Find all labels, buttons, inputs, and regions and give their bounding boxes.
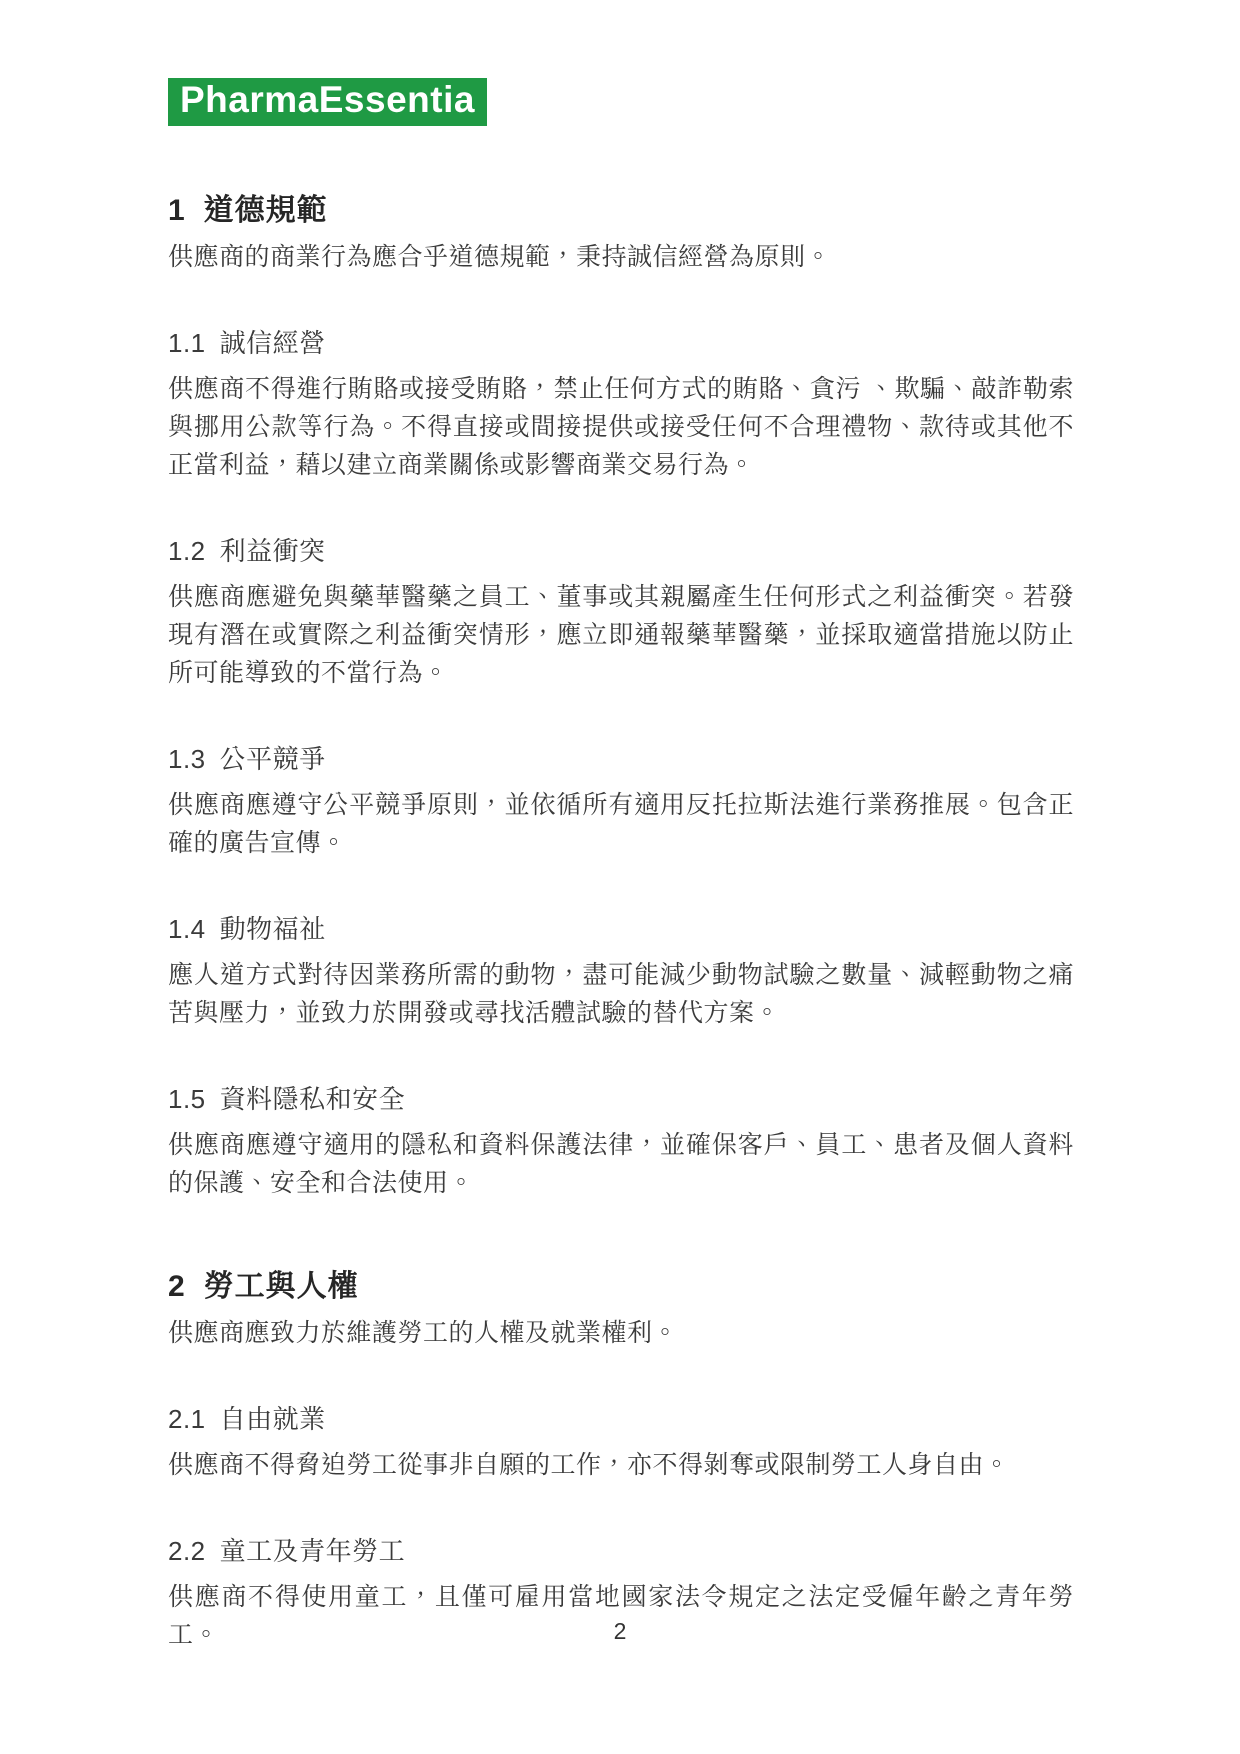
section-2-number: 2 [168, 1270, 186, 1303]
subsection-1-2-heading: 1.2利益衝突 [168, 536, 1074, 566]
section-2-body: 供應商應致力於維護勞工的人權及就業權利。 [168, 1314, 1074, 1352]
subsection-1-4-body: 應人道方式對待因業務所需的動物，盡可能減少動物試驗之數量、減輕動物之痛苦與壓力，… [168, 956, 1074, 1032]
subsection-2-1-heading: 2.1自由就業 [168, 1404, 1074, 1434]
page-number: 2 [0, 1618, 1240, 1645]
subsection-1-2-body: 供應商應避免與藥華醫藥之員工、董事或其親屬產生任何形式之利益衝突。若發現有潛在或… [168, 578, 1074, 692]
subsection-1-4-heading: 1.4動物福祉 [168, 914, 1074, 944]
subsection-2-1-number: 2.1 [168, 1404, 206, 1434]
section-1-number: 1 [168, 194, 186, 227]
logo-text: PharmaEssentia [180, 79, 475, 120]
subsection-2-2-title: 童工及青年勞工 [220, 1536, 406, 1566]
subsection-1-5-title: 資料隱私和安全 [220, 1084, 406, 1114]
subsection-1-1-body: 供應商不得進行賄賂或接受賄賂，禁止任何方式的賄賂、貪污 、欺騙、敲詐勒索與挪用公… [168, 370, 1074, 484]
subsection-1-4-title: 動物福祉 [220, 914, 326, 944]
subsection-1-5-body: 供應商應遵守適用的隱私和資料保護法律，並確保客戶、員工、患者及個人資料的保護、安… [168, 1126, 1074, 1202]
section-1-body: 供應商的商業行為應合乎道德規範，秉持誠信經營為原則。 [168, 238, 1074, 276]
subsection-1-4-number: 1.4 [168, 914, 206, 944]
subsection-1-1-number: 1.1 [168, 328, 206, 358]
section-2-title: 勞工與人權 [204, 1270, 359, 1303]
subsection-1-3-number: 1.3 [168, 744, 206, 774]
subsection-1-1-title: 誠信經營 [220, 328, 326, 358]
subsection-2-2-heading: 2.2童工及青年勞工 [168, 1536, 1074, 1566]
subsection-1-3-heading: 1.3公平競爭 [168, 744, 1074, 774]
document-page: PharmaEssentia 1道德規範 供應商的商業行為應合乎道德規範，秉持誠… [0, 0, 1240, 1754]
subsection-2-2-number: 2.2 [168, 1536, 206, 1566]
subsection-1-3-title: 公平競爭 [220, 744, 326, 774]
subsection-2-1-body: 供應商不得脅迫勞工從事非自願的工作，亦不得剝奪或限制勞工人身自由。 [168, 1446, 1074, 1484]
subsection-1-5-heading: 1.5資料隱私和安全 [168, 1084, 1074, 1114]
subsection-2-1-title: 自由就業 [220, 1404, 326, 1434]
document-content: PharmaEssentia 1道德規範 供應商的商業行為應合乎道德規範，秉持誠… [168, 0, 1074, 1654]
pharmaessentia-logo: PharmaEssentia [168, 78, 487, 126]
section-1-title: 道德規範 [204, 194, 328, 227]
subsection-1-2-number: 1.2 [168, 536, 206, 566]
subsection-1-3-body: 供應商應遵守公平競爭原則，並依循所有適用反托拉斯法進行業務推展。包含正確的廣告宣… [168, 786, 1074, 862]
subsection-1-1-heading: 1.1誠信經營 [168, 328, 1074, 358]
subsection-1-5-number: 1.5 [168, 1084, 206, 1114]
section-1-heading: 1道德規範 [168, 194, 1074, 228]
section-2-heading: 2勞工與人權 [168, 1270, 1074, 1304]
subsection-1-2-title: 利益衝突 [220, 536, 326, 566]
